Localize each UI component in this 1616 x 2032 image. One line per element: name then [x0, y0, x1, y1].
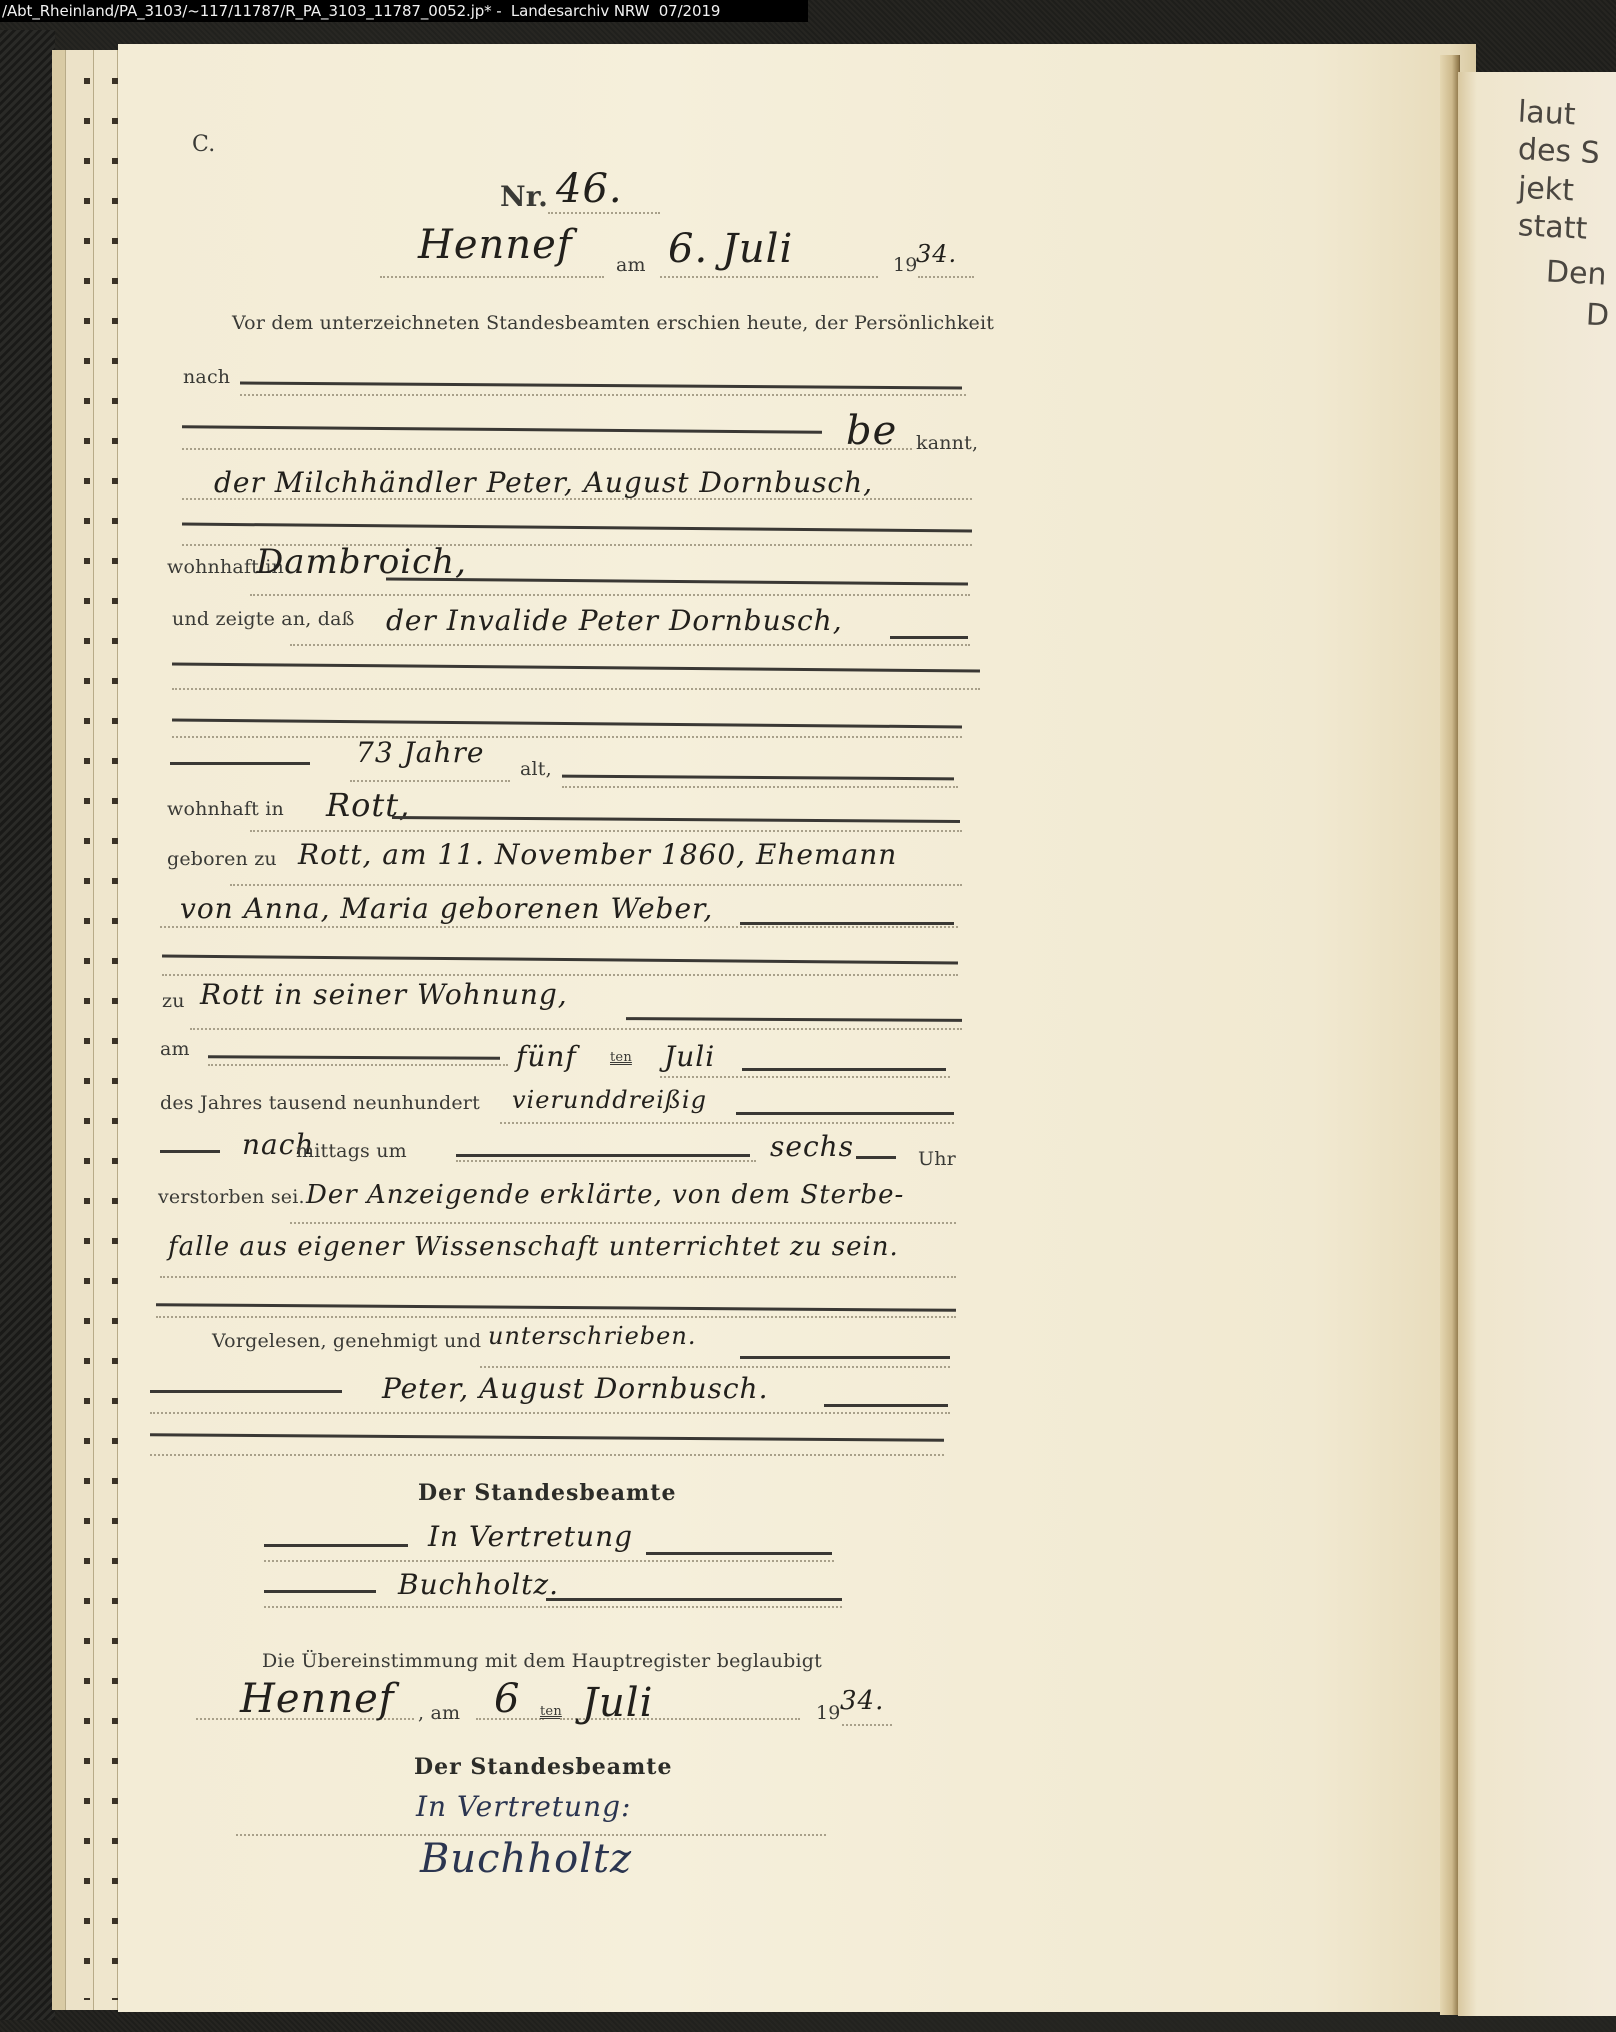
dotted-line: [150, 1454, 944, 1456]
rule-line: [264, 1544, 408, 1547]
dotted-line: [456, 1160, 756, 1162]
dotted-line: [842, 1724, 892, 1726]
nach-label: nach: [183, 366, 230, 388]
margin-note-line: D: [1585, 297, 1610, 333]
rule-line: [160, 1150, 220, 1153]
death-day: fünf: [516, 1040, 577, 1073]
cert-am-label: , am: [418, 1702, 460, 1724]
rule-line: [742, 1068, 946, 1071]
margin-note-line: statt: [1517, 208, 1588, 247]
spouse-details: von Anna, Maria geborenen Weber,: [180, 892, 713, 925]
intro-text: Vor dem unterzeichneten Standesbeamten e…: [232, 312, 994, 334]
remark-line-1: Der Anzeigende erklärte, von dem Sterbe-: [306, 1180, 904, 1210]
rule-line: [740, 1356, 950, 1359]
bekannt-label: kannt,: [916, 432, 978, 454]
rule-line: [156, 1303, 956, 1312]
dotted-line: [160, 1276, 956, 1278]
dotted-line: [156, 1316, 956, 1318]
uhr-label: Uhr: [918, 1148, 956, 1170]
wohnhaft-label-2: wohnhaft in: [167, 798, 284, 820]
cert-ten-suffix: ten: [540, 1704, 562, 1719]
mittags-label: mittags um: [296, 1140, 407, 1162]
rule-line: [890, 636, 968, 639]
remark-line-2: falle aus eigener Wissenschaft unterrich…: [168, 1232, 899, 1262]
rule-line: [172, 662, 980, 672]
rule-line: [208, 1055, 500, 1060]
rule-line: [456, 1154, 750, 1157]
dotted-line: [172, 736, 962, 738]
rule-line: [562, 775, 954, 781]
dotted-line: [162, 974, 958, 976]
rule-line: [162, 955, 958, 965]
rule-line: [240, 381, 962, 389]
dotted-line: [660, 276, 878, 278]
rule-line: [386, 577, 968, 585]
dotted-line: [290, 1222, 956, 1224]
certification-text: Die Übereinstimmung mit dem Hauptregiste…: [262, 1650, 822, 1672]
cert-vertretung: In Vertretung:: [416, 1790, 631, 1823]
dotted-line: [548, 212, 660, 214]
death-month: Juli: [664, 1040, 715, 1073]
am-label: am: [616, 254, 646, 276]
dotted-line: [240, 394, 966, 396]
cert-year-prefix: 19: [816, 1702, 841, 1724]
dotted-line: [264, 1560, 834, 1562]
dotted-line: [182, 498, 972, 500]
jahres-label: des Jahres tausend neunhundert: [160, 1092, 480, 1114]
dotted-line: [500, 1122, 954, 1124]
dotted-line: [250, 830, 962, 832]
margin-note-line: Den: [1545, 254, 1607, 292]
rule-line: [646, 1552, 832, 1555]
dotted-line: [190, 1028, 962, 1030]
bekannt-handwritten: be: [846, 408, 897, 454]
dotted-line: [918, 276, 974, 278]
rule-line: [824, 1404, 948, 1407]
margin-note-line: laut: [1517, 95, 1576, 133]
death-hour: sechs: [770, 1130, 854, 1163]
birth-details: Rott, am 11. November 1860, Ehemann: [298, 838, 897, 871]
record-date: 6. Juli: [668, 226, 793, 272]
record-number-label: Nr.: [500, 180, 548, 213]
rule-line: [150, 1433, 944, 1442]
zeigte-an-label: und zeigte an, daß: [172, 608, 355, 630]
rule-line: [170, 762, 310, 765]
official-signature: Buchholtz.: [398, 1568, 559, 1601]
dotted-line: [208, 1064, 508, 1066]
informant-residence: Dambroich,: [256, 542, 467, 582]
official-vertretung: In Vertretung: [428, 1520, 633, 1553]
death-record-form: C. Nr. 46. Hennef am 6. Juli 19 34. Vor …: [0, 0, 1616, 2032]
official-heading: Der Standesbeamte: [418, 1480, 676, 1506]
record-number: 46.: [556, 166, 623, 212]
rule-line: [264, 1590, 376, 1593]
verstorben-label: verstorben sei.: [158, 1186, 305, 1208]
dotted-line: [150, 1412, 950, 1414]
year-prefix: 19: [893, 254, 918, 276]
dotted-line: [182, 448, 912, 450]
section-letter: C.: [192, 132, 215, 157]
dotted-line: [230, 884, 962, 886]
alt-label: alt,: [520, 758, 552, 780]
cert-year-suffix: 34.: [840, 1686, 884, 1716]
vorgelesen-label: Vorgelesen, genehmigt und: [212, 1330, 481, 1352]
cert-day: 6: [494, 1676, 520, 1722]
cert-heading: Der Standesbeamte: [414, 1754, 672, 1780]
dotted-line: [290, 644, 970, 646]
dotted-line: [562, 786, 958, 788]
rule-line: [740, 922, 954, 925]
margin-note-line: jekt: [1517, 171, 1575, 209]
rule-line: [546, 1598, 842, 1601]
rule-line: [856, 1156, 896, 1159]
record-place: Hennef: [418, 222, 573, 268]
rule-line: [150, 1390, 342, 1393]
dotted-line: [264, 1606, 842, 1608]
ten-suffix: ten: [610, 1050, 632, 1065]
dotted-line: [172, 688, 980, 690]
dotted-line: [350, 780, 510, 782]
informant-signature: Peter, August Dornbusch.: [382, 1372, 768, 1405]
rule-line: [626, 1017, 962, 1022]
cert-month: Juli: [582, 1680, 653, 1726]
zu-label: zu: [162, 990, 185, 1012]
viewer-title-bar: /Abt_Rheinland/PA_3103/~117/11787/R_PA_3…: [0, 0, 808, 22]
cert-place: Hennef: [240, 1676, 395, 1722]
age-value: 73 Jahre: [356, 736, 484, 769]
rule-line: [182, 425, 822, 434]
year-suffix: 34.: [916, 240, 957, 268]
rule-line: [172, 719, 962, 729]
vorgelesen-handwritten: unterschrieben.: [488, 1322, 696, 1350]
death-year-words: vierunddreißig: [512, 1086, 707, 1114]
dotted-line: [380, 276, 604, 278]
informant-name: der Milchhändler Peter, August Dornbusch…: [214, 466, 873, 499]
death-place: Rott in seiner Wohnung,: [200, 978, 568, 1011]
deceased-name: der Invalide Peter Dornbusch,: [386, 604, 843, 637]
rule-line: [182, 523, 972, 533]
rule-line: [736, 1112, 954, 1115]
dotted-line: [660, 1076, 950, 1078]
dotted-line: [480, 1366, 950, 1368]
dotted-line: [160, 926, 958, 928]
death-am-label: am: [160, 1038, 190, 1060]
margin-note-line: des S: [1517, 132, 1600, 171]
geboren-label: geboren zu: [167, 848, 277, 870]
cert-signature: Buchholtz: [420, 1836, 632, 1882]
rule-line: [392, 816, 960, 823]
dotted-line: [250, 594, 970, 596]
